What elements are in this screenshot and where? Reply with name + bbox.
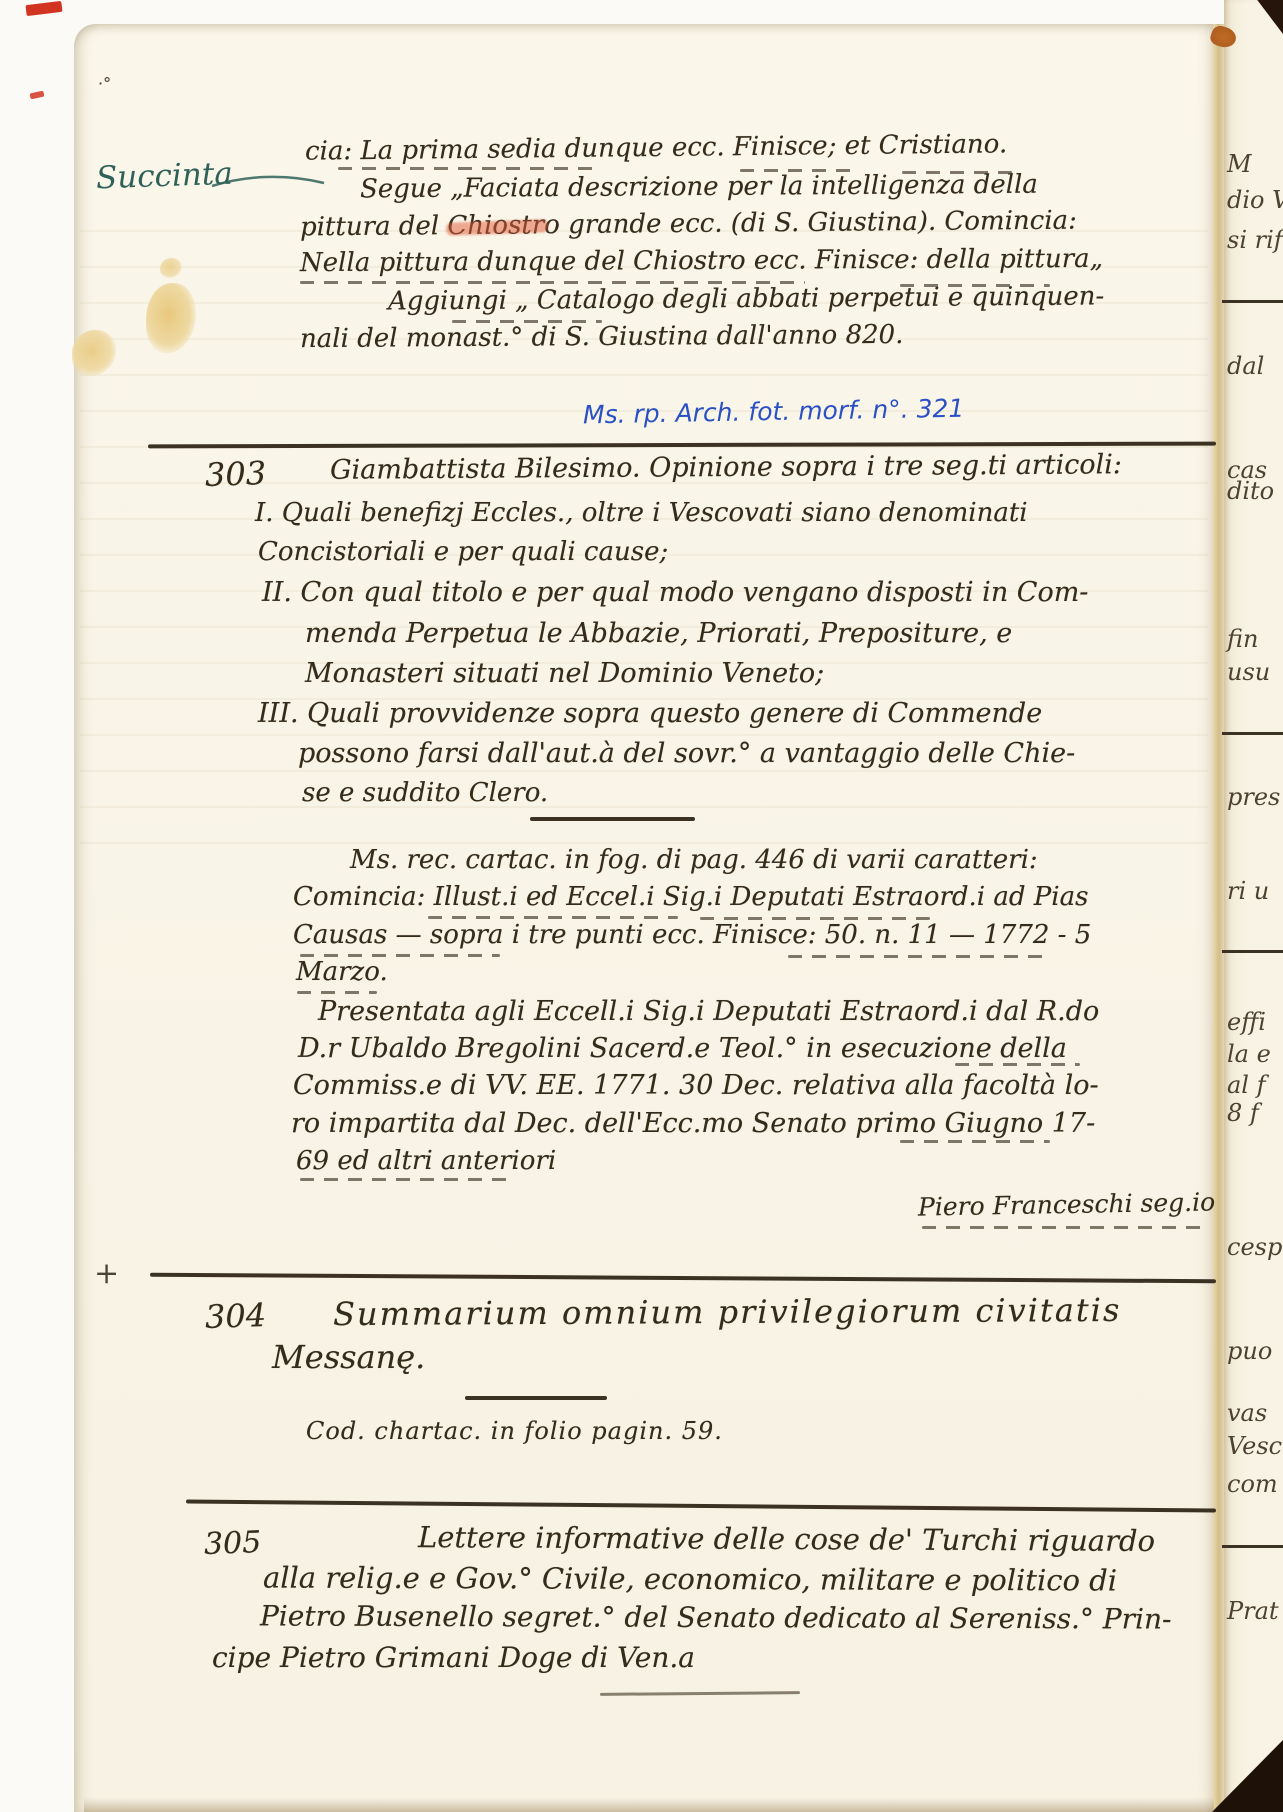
manuscript-line: Comincia: Illust.i ed Eccel.i Sig.i Depu… (293, 882, 1088, 912)
entry-number-303: 303 (204, 454, 266, 494)
section-short-rule (465, 1396, 607, 1400)
next-page-fragment: com (1227, 1470, 1278, 1498)
dashed-underline (900, 1140, 1050, 1143)
manuscript-line: Causas — sopra i tre punti ecc. Finisce:… (293, 920, 1091, 950)
next-page-fragment: effi (1227, 1008, 1266, 1036)
page-bottom-shadow (84, 1797, 1214, 1812)
manuscript-line: D.r Ubaldo Bregolini Sacerd.e Teol.° in … (298, 1033, 1067, 1064)
entry-number-305: 305 (203, 1525, 261, 1562)
entry-305-heading: Lettere informative delle cose de' Turch… (418, 1520, 1155, 1558)
manuscript-line: nali del monast.° di S. Giustina dall'an… (300, 320, 904, 354)
dashed-underline (922, 1226, 1207, 1229)
dashed-underline (300, 281, 805, 284)
manuscript-line: Monasteri situati nel Dominio Veneto; (305, 658, 824, 689)
manuscript-line: Concistoriali e per quali cause; (258, 537, 668, 567)
next-page-fragment: la e (1227, 1040, 1271, 1068)
manuscript-line: Commiss.e di VV. EE. 1771. 30 Dec. relat… (293, 1070, 1099, 1101)
manuscript-line: Nella pittura dunque del Chiostro ecc. F… (300, 244, 1103, 278)
next-page-fragment: 8 f (1227, 1099, 1259, 1127)
dashed-underline (740, 169, 860, 172)
pencil-dots: ·° (98, 74, 111, 93)
dashed-underline (452, 320, 602, 323)
manuscript-scan: ·° Succinta cia: La prima sedia dunque e… (0, 0, 1283, 1812)
next-page-fragment: Prat (1227, 1597, 1279, 1625)
next-page-rule (1222, 732, 1283, 735)
manuscript-line: II. Con qual titolo e per qual modo veng… (262, 577, 1088, 608)
manuscript-line: III. Quali provvidenze sopra questo gene… (258, 698, 1042, 729)
dashed-underline (700, 917, 930, 920)
margin-plus-mark: + (94, 1256, 119, 1291)
margin-note-flourish (210, 170, 330, 198)
next-page-fragment: dio V (1227, 186, 1283, 214)
next-page-sliver (1224, 0, 1283, 1812)
next-page-fragment: Vesc (1227, 1432, 1282, 1460)
dashed-underline (297, 991, 377, 994)
next-page-fragment: pres (1227, 783, 1280, 811)
dashed-underline (902, 171, 1012, 174)
secretary-signature: Piero Franceschi seg.io (918, 1187, 1216, 1221)
manuscript-line: Marzo. (296, 957, 388, 987)
next-page-rule (1222, 300, 1283, 303)
next-page-fragment: si rif (1227, 226, 1283, 254)
entry-305-heading: Pietro Busenello segret.° del Senato ded… (260, 1599, 1172, 1635)
next-page-fragment: cesp (1227, 1233, 1282, 1261)
dashed-underline (338, 167, 593, 170)
entry-305-heading: alla relig.e e Gov.° Civile, economico, … (263, 1561, 1117, 1598)
dashed-underline (900, 284, 1050, 287)
next-page-fragment: al f (1227, 1071, 1266, 1099)
next-page-fragment: vas (1227, 1399, 1267, 1427)
codex-description: Cod. chartac. in folio pagin. 59. (306, 1417, 723, 1445)
manuscript-line: 69 ed altri anteriori (296, 1146, 556, 1176)
entry-number-304: 304 (204, 1296, 266, 1336)
next-page-rule (1222, 950, 1283, 953)
entry-304-heading: Summarium omnium privilegiorum civitatis (333, 1291, 1122, 1333)
next-page-fragment: dito (1227, 477, 1274, 505)
next-page-fragment: ri u (1227, 877, 1269, 905)
manuscript-line: Segue „Faciata descrizione per la intell… (360, 170, 1038, 205)
next-page-fragment: fin (1227, 625, 1258, 653)
entry-303-heading: Giambattista Bilesimo. Opinione sopra i … (330, 449, 1122, 486)
entry-305-heading: cipe Pietro Grimani Doge di Ven.a (212, 1641, 695, 1674)
manuscript-line: I. Quali benefizj Eccles., oltre i Vesco… (255, 498, 1028, 528)
dashed-underline (428, 916, 678, 919)
next-page-fragment: usu (1227, 658, 1270, 686)
manuscript-line: se e suddito Clero. (302, 778, 548, 808)
manuscript-line: Presentata agli Eccell.i Sig.i Deputati … (318, 996, 1099, 1027)
next-page-rule (1222, 1545, 1283, 1548)
dashed-underline (300, 954, 500, 957)
dashed-underline (300, 1178, 510, 1181)
red-ink-mark (25, 1, 62, 16)
dashed-underline (788, 955, 1043, 958)
red-ink-mark-small (30, 91, 45, 100)
manuscript-line: ro impartita dal Dec. dell'Ecc.mo Senato… (291, 1108, 1095, 1139)
dashed-underline (955, 1063, 1080, 1066)
next-page-fragment: dal (1227, 352, 1264, 380)
next-page-fragment: M (1227, 150, 1252, 178)
manuscript-line: possono farsi dall'aut.à del sovr.° a va… (298, 738, 1075, 769)
entry-304-heading: Messanę. (272, 1338, 425, 1376)
section-short-rule (530, 817, 695, 821)
page-edge-gutter (1213, 24, 1224, 1812)
next-page-fragment: puo (1227, 1337, 1272, 1365)
manuscript-line: menda Perpetua le Abbazie, Priorati, Pre… (305, 618, 1012, 649)
manuscript-line: Ms. rec. cartac. in fog. di pag. 446 di … (350, 845, 1038, 875)
